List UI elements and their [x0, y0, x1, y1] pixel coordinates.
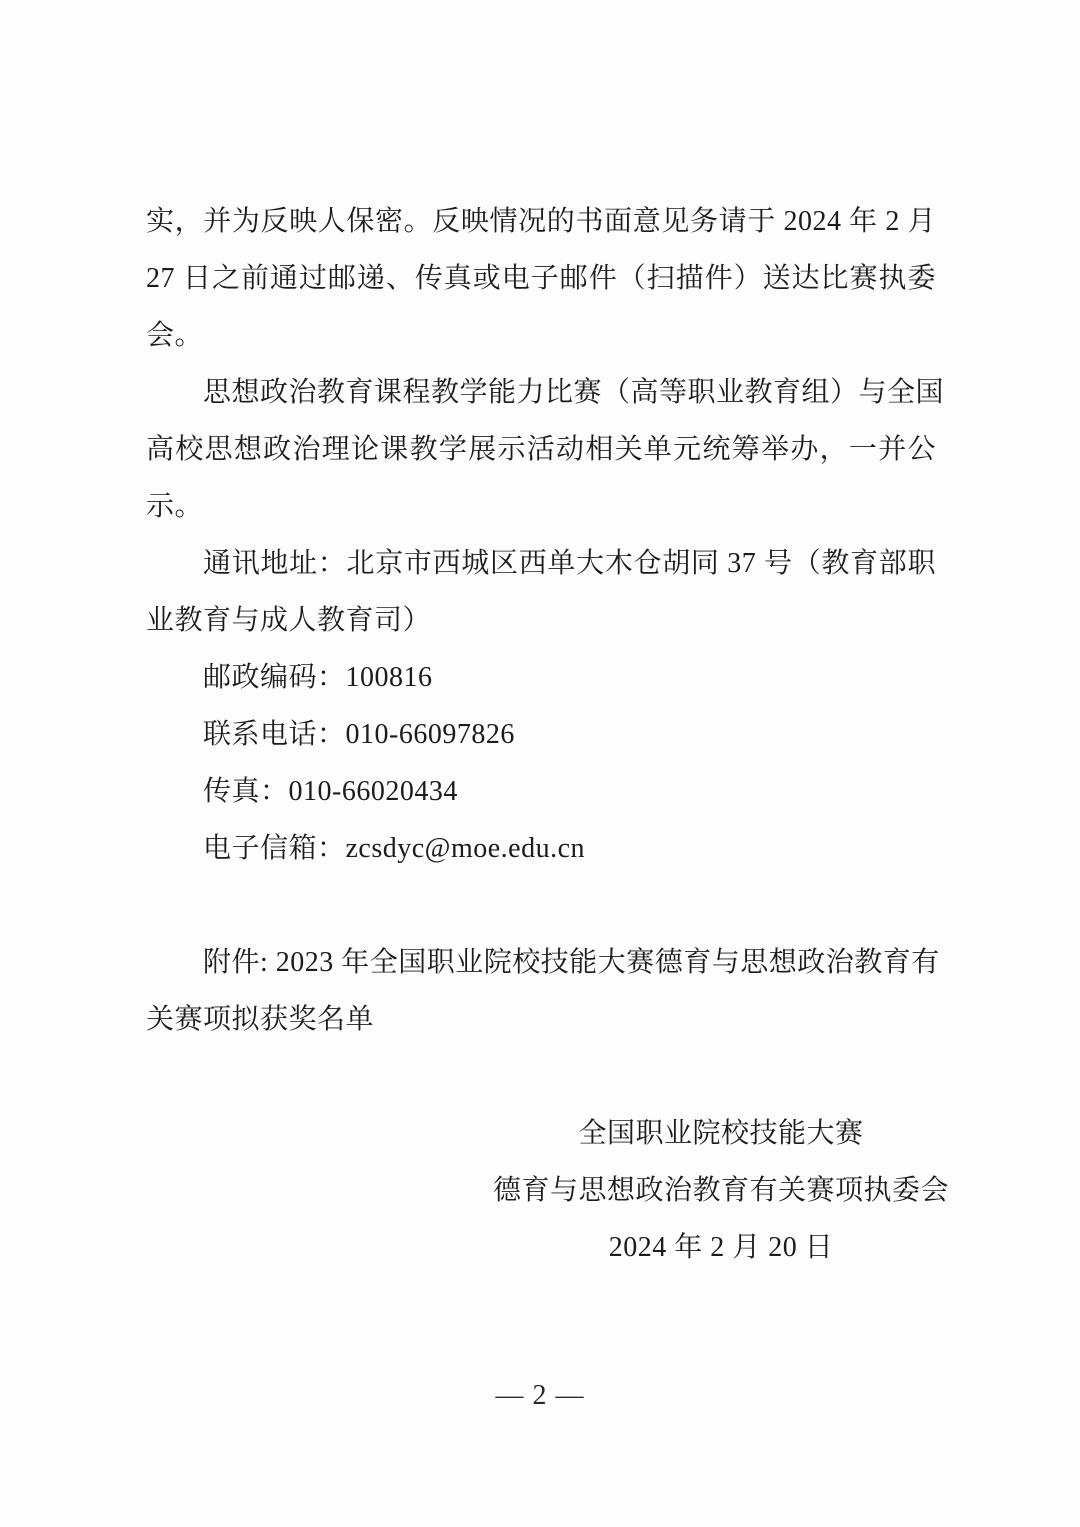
signature-org-line-2: 德育与思想政治教育有关赛项执委会 [326, 1162, 1080, 1219]
blank-line [146, 1048, 936, 1105]
body-line: 实，并为反映人保密。反映情况的书面意见务请于 2024 年 2 月 [146, 193, 936, 250]
contact-address-line: 业教育与成人教育司） [146, 592, 936, 649]
contact-postal-code-line: 邮政编码：100816 [146, 649, 936, 706]
attachment-line: 附件: 2023 年全国职业院校技能大赛德育与思想政治教育有 [146, 934, 936, 991]
body-line: 27 日之前通过邮递、传真或电子邮件（扫描件）送达比赛执委 [146, 250, 936, 307]
body-line: 会。 [146, 307, 936, 364]
document-body: 实，并为反映人保密。反映情况的书面意见务请于 2024 年 2 月 27 日之前… [146, 193, 936, 1276]
signature-org-line-1: 全国职业院校技能大赛 [326, 1105, 1080, 1162]
body-line: 思想政治教育课程教学能力比赛（高等职业教育组）与全国 [146, 364, 936, 421]
contact-address-line: 通讯地址：北京市西城区西单大木仓胡同 37 号（教育部职 [146, 535, 936, 592]
signature-date: 2024 年 2 月 20 日 [326, 1219, 1080, 1276]
page-number: — 2 — [0, 1376, 1080, 1416]
attachment-line: 关赛项拟获奖名单 [146, 991, 936, 1048]
body-line: 示。 [146, 478, 936, 535]
document-page: 实，并为反映人保密。反映情况的书面意见务请于 2024 年 2 月 27 日之前… [0, 0, 1080, 1527]
contact-email-line: 电子信箱：zcsdyc@moe.edu.cn [146, 820, 936, 877]
blank-line [146, 877, 936, 934]
body-line: 高校思想政治理论课教学展示活动相关单元统筹举办，一并公 [146, 421, 936, 478]
contact-fax-line: 传真：010-66020434 [146, 763, 936, 820]
contact-phone-line: 联系电话：010-66097826 [146, 706, 936, 763]
